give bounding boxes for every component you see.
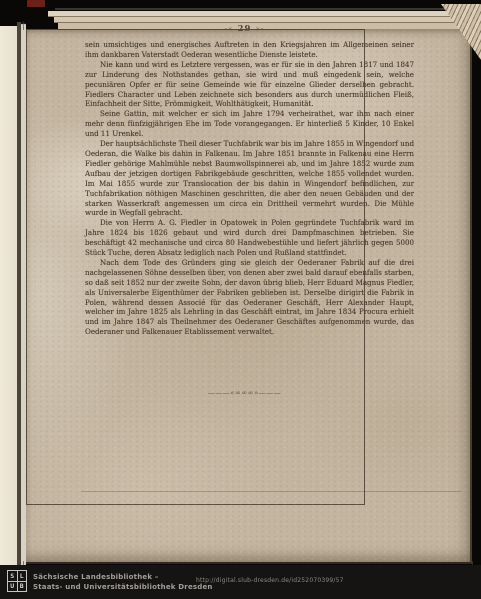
- paragraph: Nach dem Tode des Gründers ging sie glei…: [85, 258, 414, 337]
- page-number: -« 29 »-: [76, 24, 413, 34]
- section-divider-ornament: ———«∞∞∞»———: [76, 389, 413, 397]
- slub-logo-letter: L: [18, 571, 27, 581]
- paragraph: Nie kann und wird es Letztere vergessen,…: [85, 60, 414, 110]
- slub-logo-letter: B: [18, 582, 27, 592]
- body-text: sein umsichtiges und energisches Auftret…: [85, 40, 414, 337]
- paragraph: Seine Gattin, mit welcher er sich im Jah…: [85, 109, 414, 139]
- opposite-page-edge: [0, 26, 17, 566]
- paragraph: sein umsichtiges und energisches Auftret…: [85, 40, 414, 60]
- attribution-footer: S L U B Sächsische Landesbibliothek – St…: [0, 565, 481, 599]
- slub-logo: S L U B: [7, 570, 27, 592]
- slub-logo-letter: S: [8, 571, 17, 581]
- library-name: Sächsische Landesbibliothek – Staats- un…: [33, 573, 213, 592]
- page-number-value: 29: [238, 24, 252, 34]
- paragraph: Die von Herrn A. G. Fiedler in Opatowek …: [85, 218, 414, 258]
- book-cover-red-accent: [27, 0, 45, 7]
- page-number-ornament-left: -«: [224, 24, 233, 33]
- scan-source-url: http://digital.slub-dresden.de/id2520703…: [196, 577, 344, 584]
- library-name-line2: Staats- und Universitätsbibliothek Dresd…: [33, 583, 213, 593]
- slub-logo-letter: U: [8, 582, 17, 592]
- corner-fleuron-icon: †: [21, 22, 26, 32]
- table-edge-line: [55, 8, 481, 10]
- paragraph: Der hauptsächlichste Theil dieser Tuchfa…: [85, 139, 414, 218]
- page-number-ornament-right: »-: [255, 24, 264, 33]
- page-crease-line: [81, 491, 461, 492]
- library-name-line1: Sächsische Landesbibliothek –: [33, 573, 213, 583]
